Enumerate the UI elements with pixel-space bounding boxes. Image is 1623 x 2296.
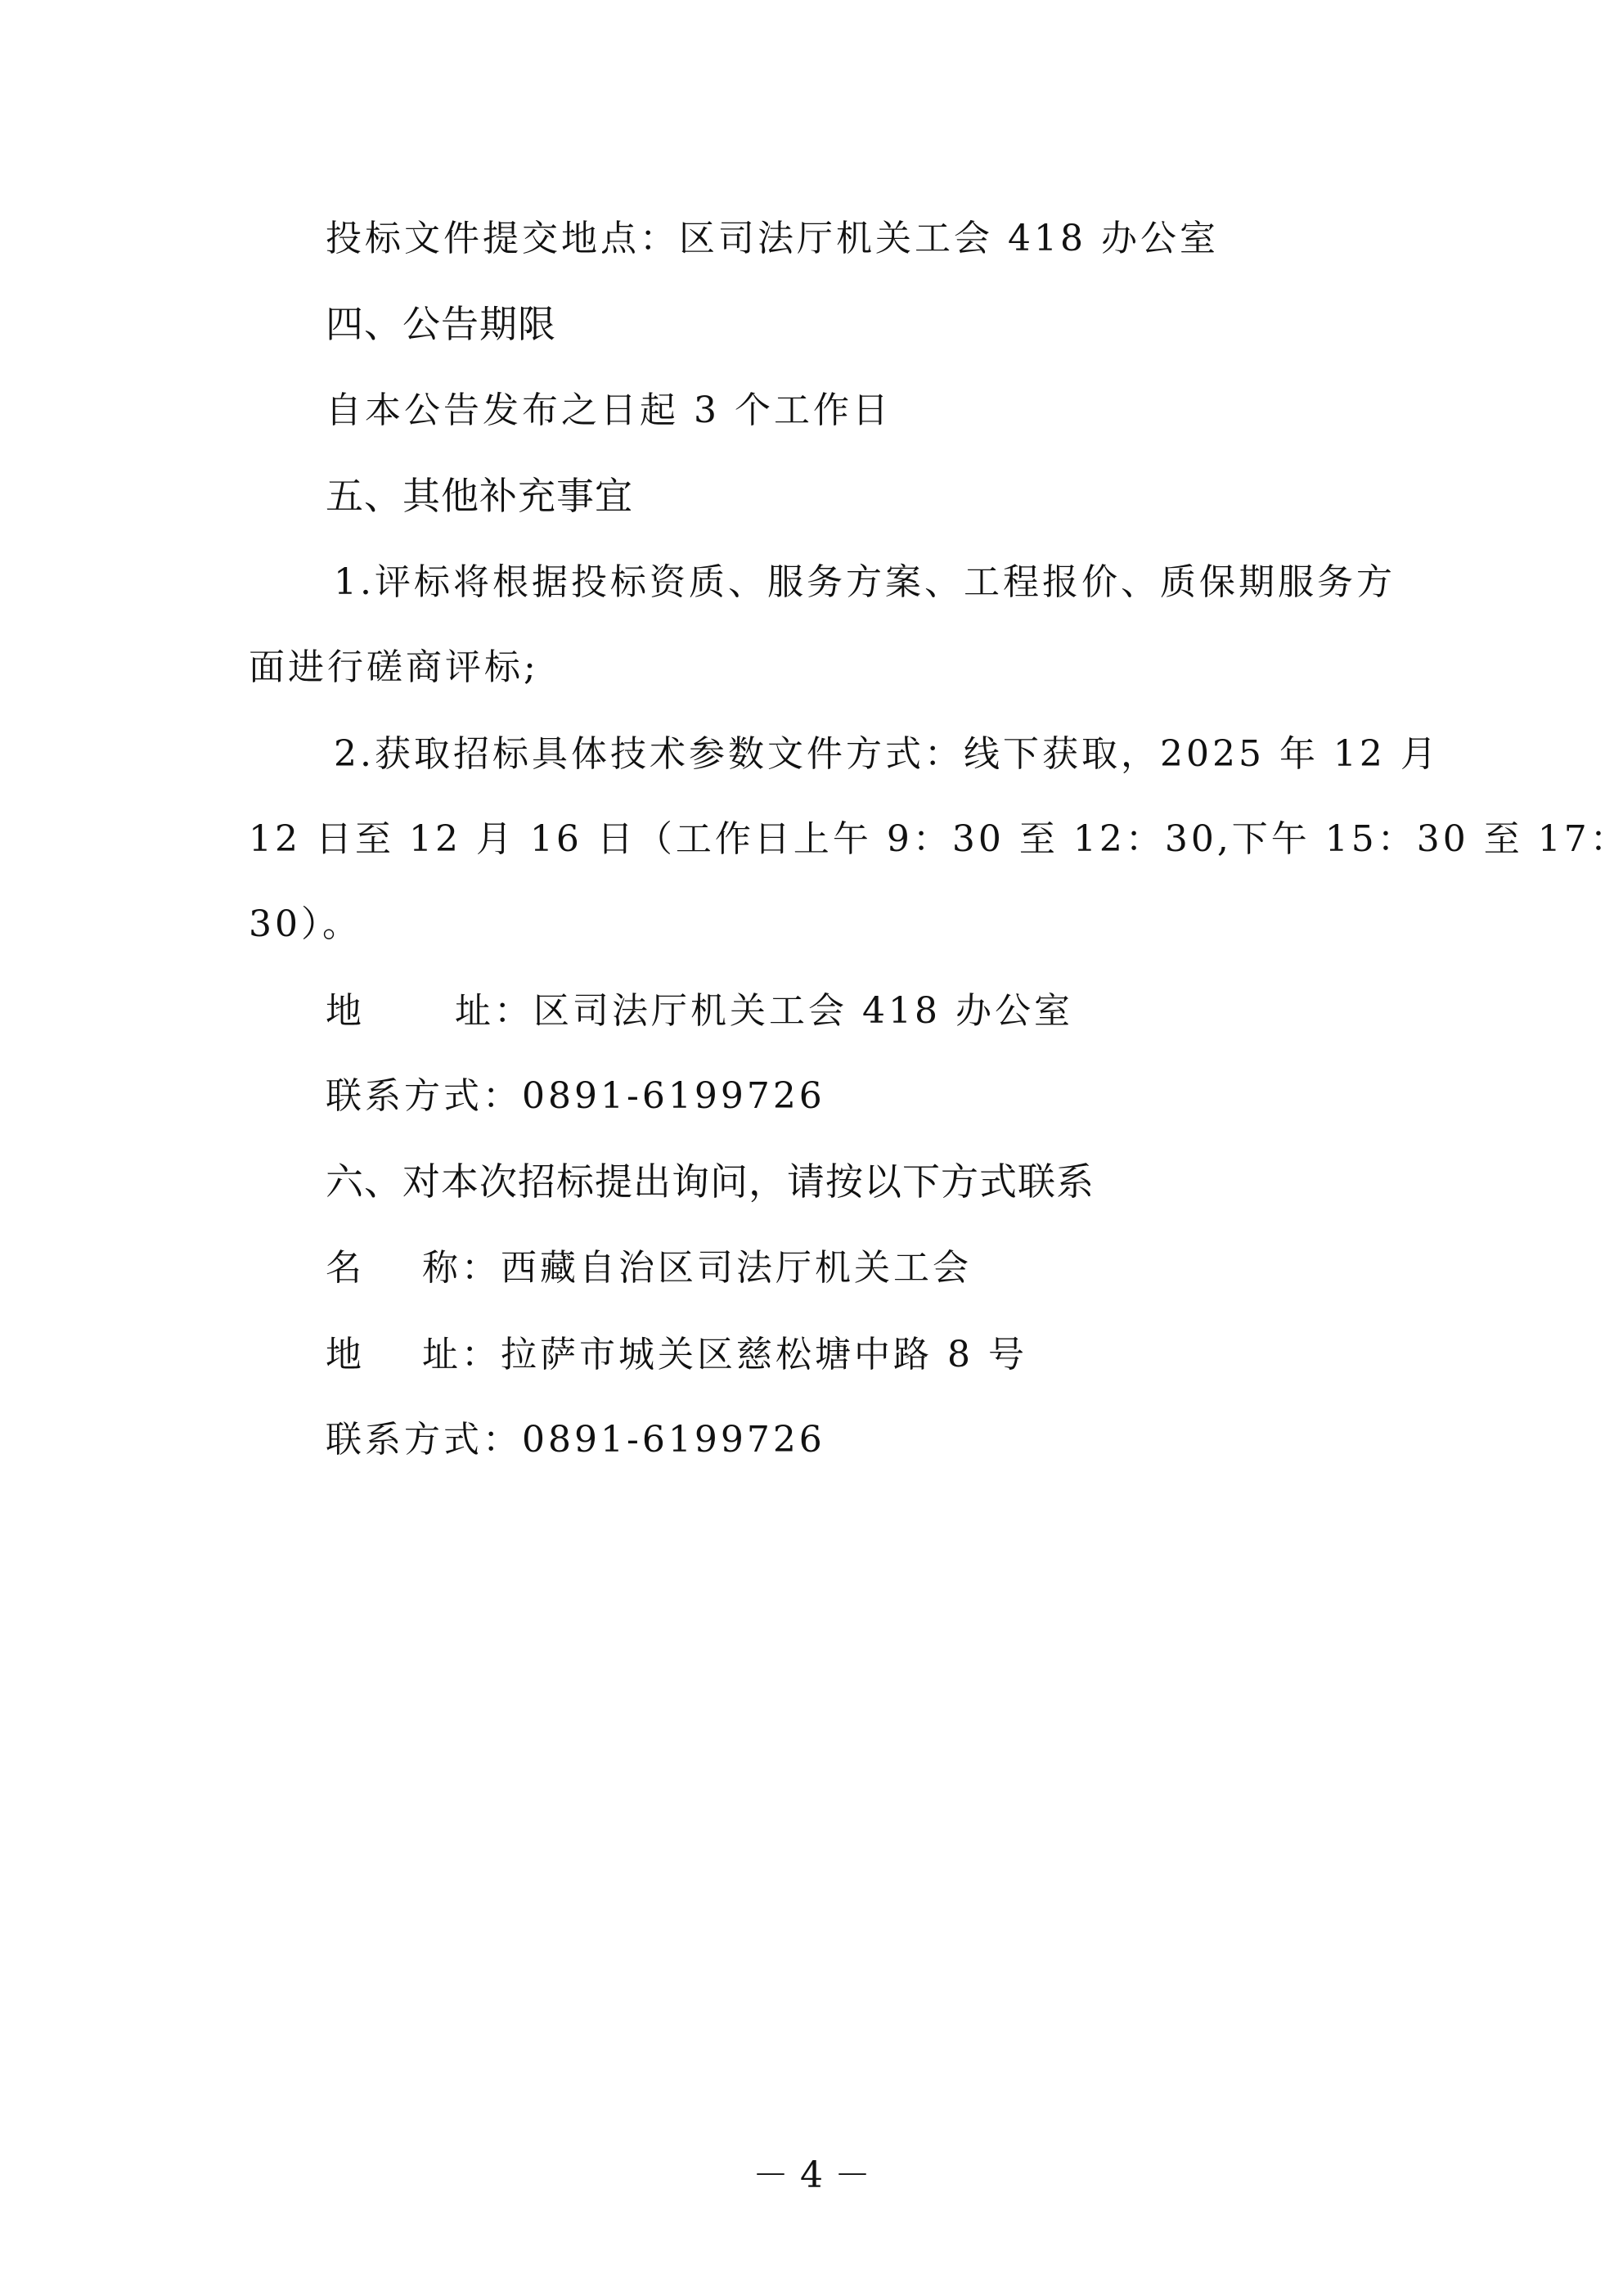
item-2-line-2: 12 日至 12 月 16 日（工作日上午 9：30 至 12：30,下午 15… bbox=[249, 815, 1623, 864]
address-1-value: 区司法厅机关工会 418 办公室 bbox=[533, 990, 1073, 1032]
section-4-heading: 四、公告期限 bbox=[326, 299, 556, 349]
address-2-line: 地址：拉萨市城关区慈松塘中路 8 号 bbox=[326, 1330, 1027, 1380]
item-1-line-1: 1.评标将根据投标资质、服务方案、工程报价、质保期服务方 bbox=[334, 558, 1396, 607]
address-2-label-b: 址： bbox=[422, 1334, 501, 1375]
section-5-heading: 五、其他补充事宜 bbox=[326, 471, 633, 520]
contact-1-line: 联系方式：0891-6199726 bbox=[326, 1072, 825, 1121]
name-value: 西藏自治区司法厅机关工会 bbox=[501, 1247, 972, 1289]
page-number: － 4 － bbox=[0, 2145, 1623, 2198]
name-label-a: 名 bbox=[326, 1247, 365, 1289]
address-1-line: 地址：区司法厅机关工会 418 办公室 bbox=[326, 987, 1073, 1036]
address-1-label-a: 地 bbox=[326, 990, 365, 1032]
submit-location-line: 投标文件提交地点：区司法厅机关工会 418 办公室 bbox=[326, 214, 1219, 263]
address-1-label-b: 址： bbox=[455, 990, 533, 1032]
item-1-line-2: 面进行磋商评标; bbox=[249, 643, 539, 692]
name-line: 名称：西藏自治区司法厅机关工会 bbox=[326, 1244, 972, 1293]
contact-2-line: 联系方式：0891-6199726 bbox=[326, 1416, 825, 1465]
name-label-b: 称： bbox=[422, 1247, 501, 1289]
item-2-line-1: 2.获取招标具体技术参数文件方式：线下获取，2025 年 12 月 bbox=[334, 730, 1440, 779]
section-4-body: 自本公告发布之日起 3 个工作日 bbox=[326, 386, 892, 435]
item-2-line-3: 30）。 bbox=[249, 900, 362, 949]
address-2-label-a: 地 bbox=[326, 1334, 365, 1375]
address-2-value: 拉萨市城关区慈松塘中路 8 号 bbox=[501, 1334, 1027, 1375]
section-6-heading: 六、对本次招标提出询问，请按以下方式联系 bbox=[326, 1157, 1095, 1206]
